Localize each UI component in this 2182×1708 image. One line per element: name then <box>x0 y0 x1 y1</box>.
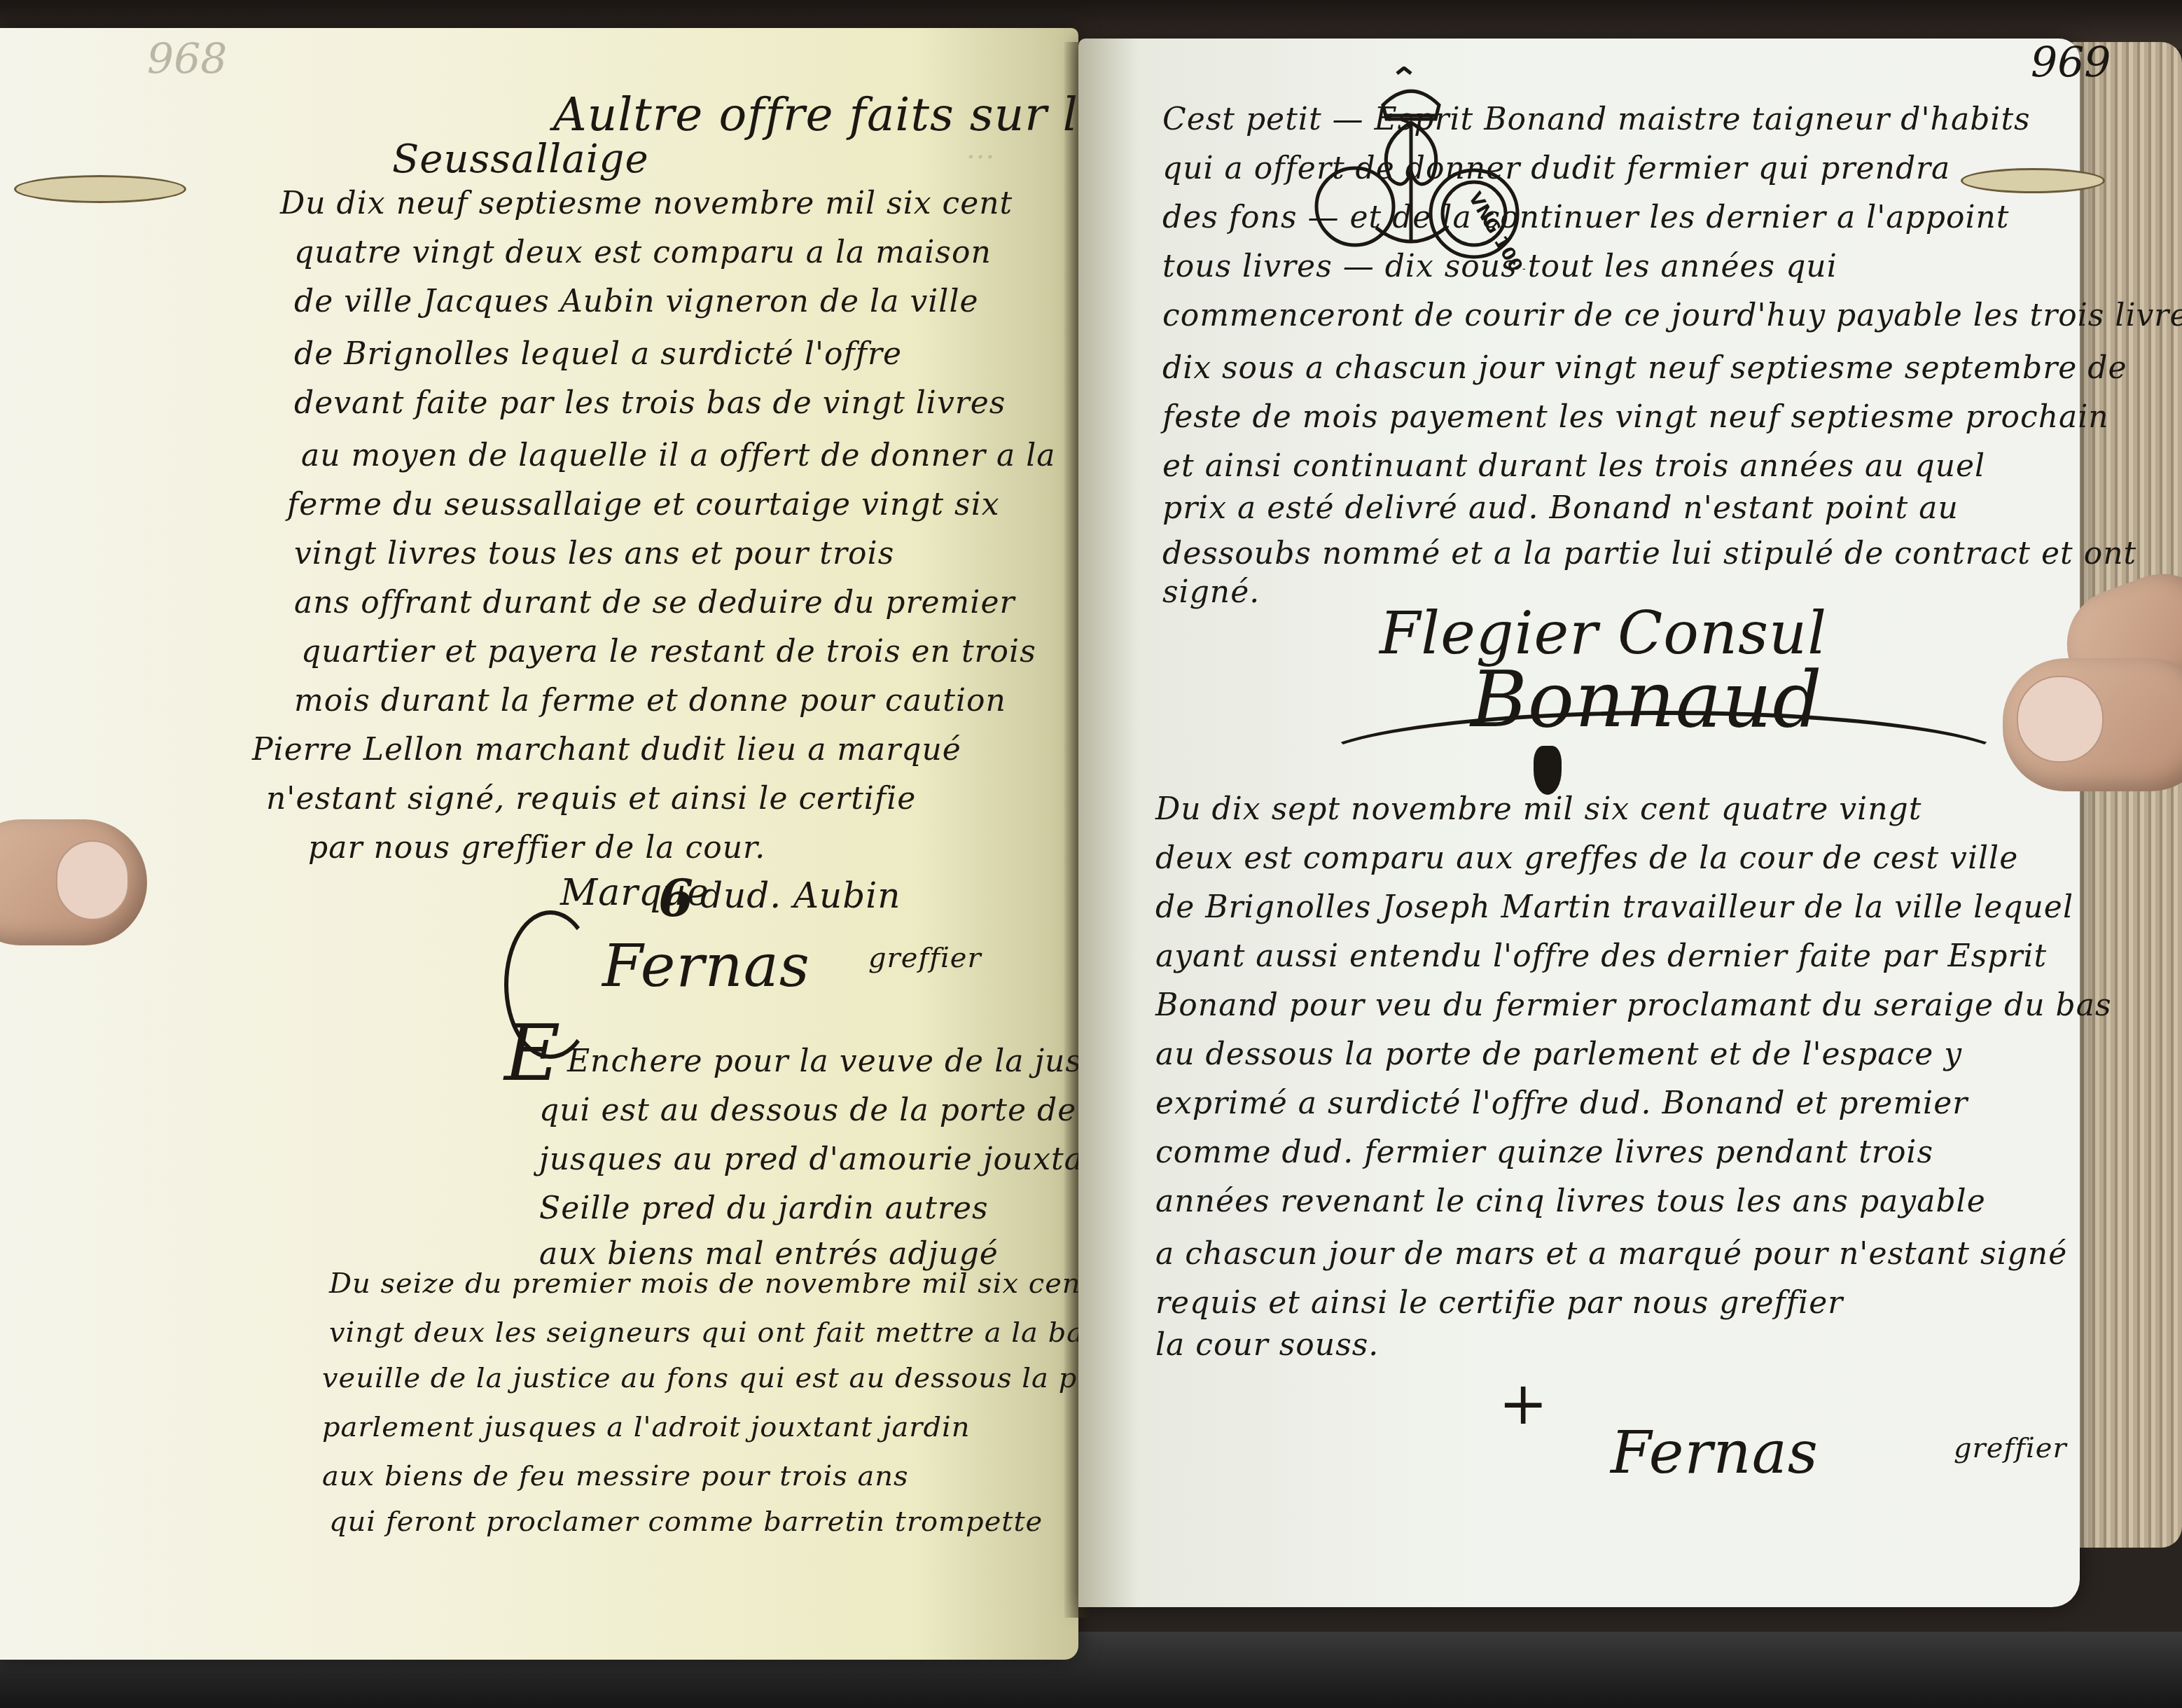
para1-line: des fons — et de la continuer les dernie… <box>1162 200 2010 235</box>
left-folio-number: 968 <box>147 35 228 84</box>
para1-line: ferme du seussallaige et courtaige vingt… <box>287 487 1000 522</box>
para2-line: comme dud. fermier quinze livres pendant… <box>1155 1134 1933 1170</box>
para3-line: qui feront proclamer comme barretin trom… <box>329 1506 1043 1538</box>
right-folio-number: 969 <box>2031 39 2111 88</box>
para3-line: vingt deux les seigneurs qui ont fait me… <box>329 1317 1130 1349</box>
para1-line: devant faite par les trois bas de vingt … <box>294 385 1006 421</box>
para1-line: dix sous a chascun jour vingt neuf septi… <box>1162 350 2127 386</box>
para1-line: dessoubs nommé et a la partie lui stipul… <box>1162 536 2136 571</box>
para2-line: années revenant le cinq livres tous les … <box>1155 1183 1986 1219</box>
mark-name: dud. Aubin <box>700 875 901 916</box>
thumbnail <box>56 840 129 920</box>
cross-mark: + <box>1499 1369 1548 1438</box>
para2-line: Seille pred du jardin autres <box>539 1190 989 1226</box>
para2-line: deux est comparu aux greffes de la cour … <box>1155 840 2018 876</box>
para2-line: Enchere pour la veuve de la justice <box>567 1043 1142 1079</box>
heading-line-1: Aultre offre faits sur le <box>553 88 1106 141</box>
para1-line: feste de mois payement les vingt neuf se… <box>1162 399 2109 435</box>
paper-tear <box>14 175 186 203</box>
para1-line: n'estant signé, requis et ainsi le certi… <box>266 781 916 817</box>
right-page: 969 Cest petit — Esprit Bonand maistre t… <box>1078 39 2080 1607</box>
para3-line: aux biens de feu messire pour trois ans <box>322 1460 909 1492</box>
paper-tear <box>1961 168 2105 193</box>
right-thumb <box>2003 658 2182 791</box>
para2-line: ayant aussi entendu l'offre des dernier … <box>1155 938 2047 974</box>
para1-line: et ainsi continuant durant les trois ann… <box>1162 448 1985 484</box>
left-page: 968 ... Aultre offre faits sur le Seussa… <box>0 28 1078 1660</box>
para2-line: Du dix sept novembre mil six cent quatre… <box>1155 791 1922 827</box>
thumbnail <box>2017 676 2104 763</box>
left-thumb <box>0 819 147 945</box>
para1-line: mois durant la ferme et donne pour cauti… <box>294 683 1006 718</box>
mark-symbol: 6 <box>658 868 694 928</box>
para1-line: au moyen de laquelle il a offert de donn… <box>301 438 1055 473</box>
royal-stamp-icon: VNG 1002 <box>1306 67 1537 270</box>
para1-line: prix a esté delivré aud. Bonand n'estant… <box>1162 490 1959 526</box>
para3-line: parlement jusques a l'adroit jouxtant ja… <box>322 1411 971 1443</box>
ink-blot <box>1534 746 1562 795</box>
signature-clerk: Fernas <box>602 931 810 1000</box>
signature-clerk-title: greffier <box>868 942 982 974</box>
signature-clerk-title: greffier <box>1954 1432 2067 1464</box>
para1-line: quartier et payera le restant de trois e… <box>301 634 1036 669</box>
drop-cap-E: E <box>504 1008 561 1098</box>
para2-line: Bonand pour veu du fermier proclamant du… <box>1155 987 2112 1023</box>
para2-line: aux biens mal entrés adjugé <box>539 1236 999 1272</box>
para2-line: au dessous la porte de parlement et de l… <box>1155 1036 1962 1072</box>
para1-line: vingt livres tous les ans et pour trois <box>294 536 894 571</box>
para1-line: quatre vingt deux est comparu a la maiso… <box>294 235 992 270</box>
para1-line: de Brignolles lequel a surdicté l'offre <box>294 336 902 372</box>
para1-line: Pierre Lellon marchant dudit lieu a marq… <box>252 732 961 768</box>
para1-line: ans offrant durant de se deduire du prem… <box>294 585 1015 620</box>
para1-line: Du dix neuf septiesme novembre mil six c… <box>280 186 1013 221</box>
book-page-edges <box>2066 42 2182 1548</box>
para1-line: de ville Jacques Aubin vigneron de la vi… <box>294 284 979 319</box>
para1-line: Cest petit — Esprit Bonand maistre taign… <box>1162 102 2031 137</box>
para2-line: de Brignolles Joseph Martin travailleur … <box>1155 889 2073 925</box>
para2-line: exprimé a surdicté l'offre dud. Bonand e… <box>1155 1085 1968 1121</box>
heading-line-2: Seussallaige <box>392 137 649 182</box>
para1-line: par nous greffier de la cour. <box>308 830 765 866</box>
para2-line: jusques au pred d'amourie jouxtant <box>539 1141 1117 1177</box>
para3-line: veuille de la justice au fons qui est au… <box>322 1362 1185 1394</box>
para2-line: requis et ainsi le certifie par nous gre… <box>1155 1285 1843 1321</box>
para1-line: qui a offert de donner dudit fermier qui… <box>1162 151 1950 186</box>
signature-clerk: Fernas <box>1611 1418 1819 1487</box>
para2-line: la cour souss. <box>1155 1327 1379 1363</box>
para2-line: a chascun jour de mars et a marqué pour … <box>1155 1236 2067 1272</box>
para1-line: signé. <box>1162 574 1260 610</box>
para1-line: commenceront de courir de ce jourd'huy p… <box>1162 298 2182 333</box>
